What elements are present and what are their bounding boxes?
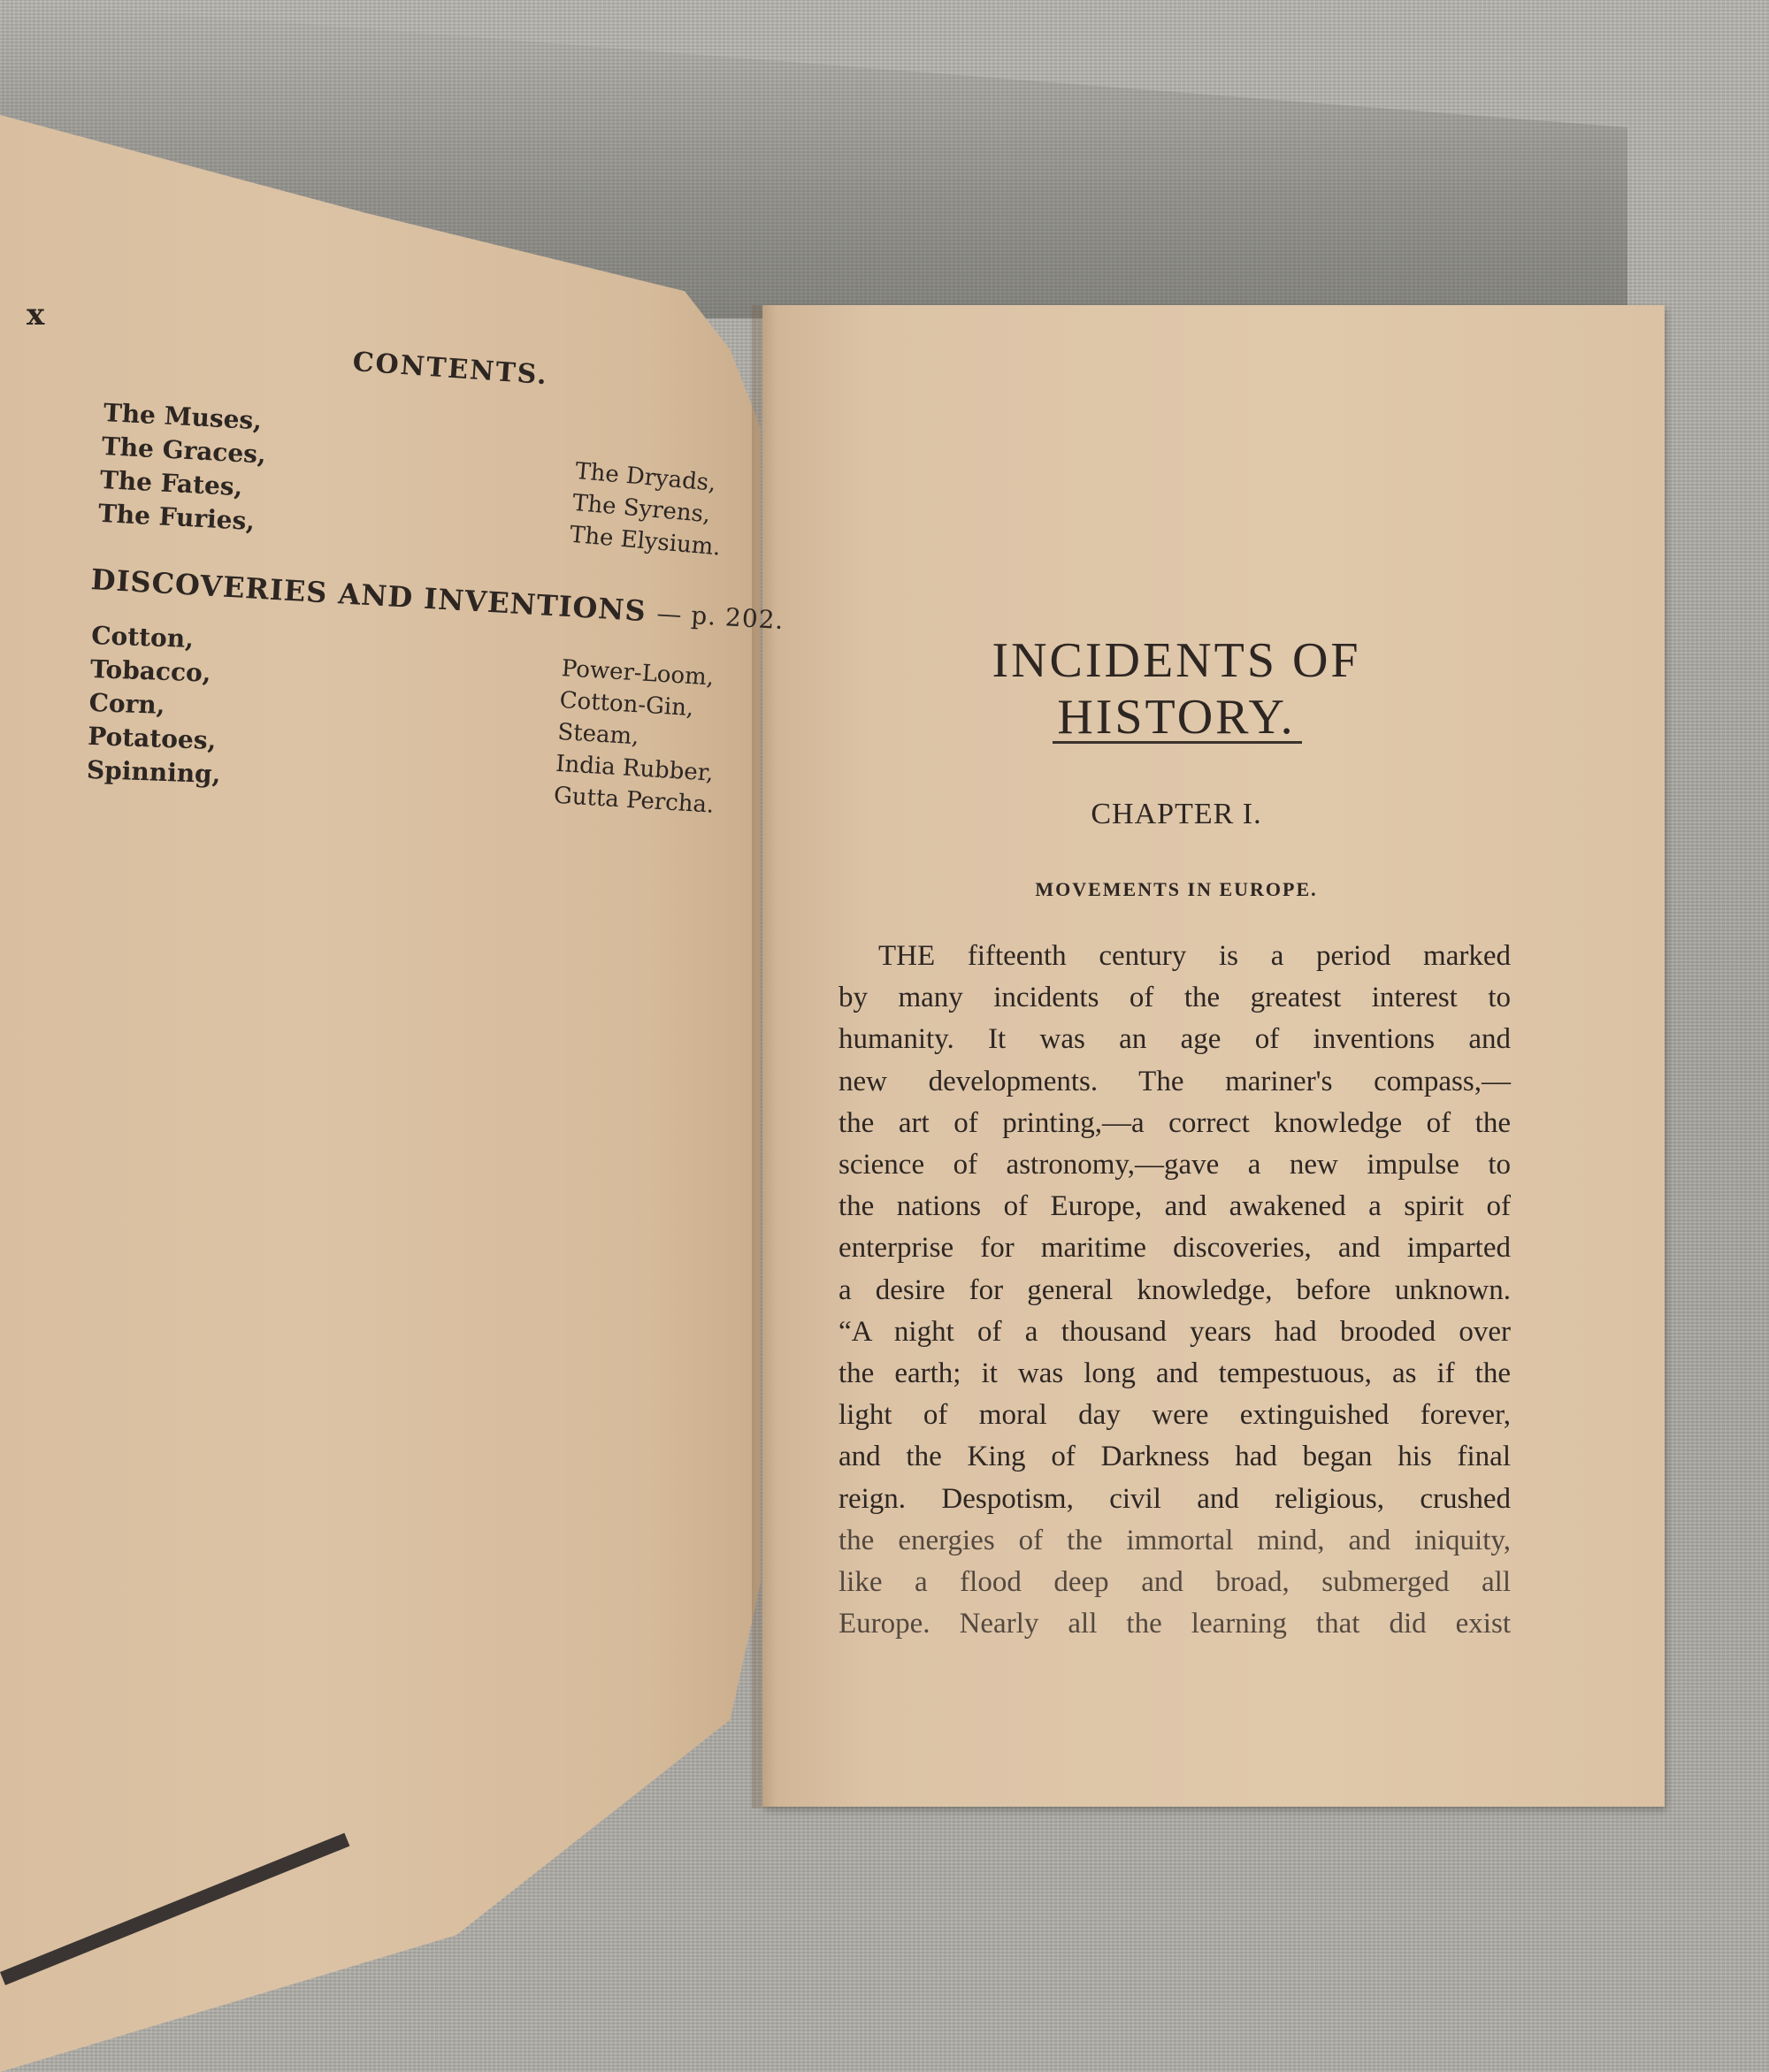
inventions-list-right: Power-Loom, Cotton-Gin, Steam, India Rub… [553, 653, 723, 822]
mythology-list-left: The Muses, The Graces, The Fates, The Fu… [97, 396, 269, 539]
text-line: and the King of Darkness had began his f… [839, 1436, 1511, 1478]
text-line: like a flood deep and broad, submerged a… [839, 1562, 1511, 1603]
text-line: light of moral day were extinguished for… [839, 1395, 1511, 1436]
text-line: a desire for general knowledge, before u… [839, 1270, 1511, 1311]
mythology-list-right: The Dryads, The Syrens, The Elysium. [569, 455, 728, 563]
book-title: INCIDENTS OF HISTORY. [884, 632, 1468, 745]
text-line: reign. Despotism, civil and religious, c… [839, 1479, 1511, 1520]
text-line: Europe. Nearly all the learning that did… [839, 1603, 1511, 1645]
text-line: “A night of a thousand years had brooded… [839, 1311, 1511, 1353]
page-number: x [27, 297, 44, 333]
list-item: Tobacco, [89, 653, 225, 691]
discoveries-list-left: Cotton, Tobacco, Corn, Potatoes, Spinnin… [86, 619, 226, 791]
text-line: the earth; it was long and tempestuous, … [839, 1353, 1511, 1395]
text-line: humanity. It was an age of inventions an… [839, 1019, 1511, 1060]
chapter-heading: CHAPTER I. [884, 798, 1468, 831]
text-line: new developments. The mariner's compass,… [839, 1061, 1511, 1103]
list-item: Cotton, [91, 619, 226, 657]
text-line: the nations of Europe, and awakened a sp… [839, 1186, 1511, 1227]
text-line: the art of printing,—a correct knowledge… [839, 1103, 1511, 1144]
list-item: Spinning, [86, 753, 221, 791]
text-line: science of astronomy,—gave a new impulse… [839, 1144, 1511, 1186]
body-text: THE fifteenth century is a period marked… [839, 936, 1511, 1645]
text-line: THE fifteenth century is a period marked [839, 936, 1511, 977]
title-divider [1053, 741, 1302, 744]
chapter-subtitle: MOVEMENTS IN EUROPE. [884, 878, 1468, 901]
text-line: enterprise for maritime discoveries, and… [839, 1227, 1511, 1269]
section-page-ref: — p. 202. [656, 599, 785, 635]
text-line: by many incidents of the greatest intere… [839, 977, 1511, 1019]
book-gutter [752, 305, 777, 1808]
list-item: Corn, [88, 686, 224, 724]
list-item: Potatoes, [88, 720, 223, 758]
text-line: the energies of the immortal mind, and i… [839, 1520, 1511, 1562]
